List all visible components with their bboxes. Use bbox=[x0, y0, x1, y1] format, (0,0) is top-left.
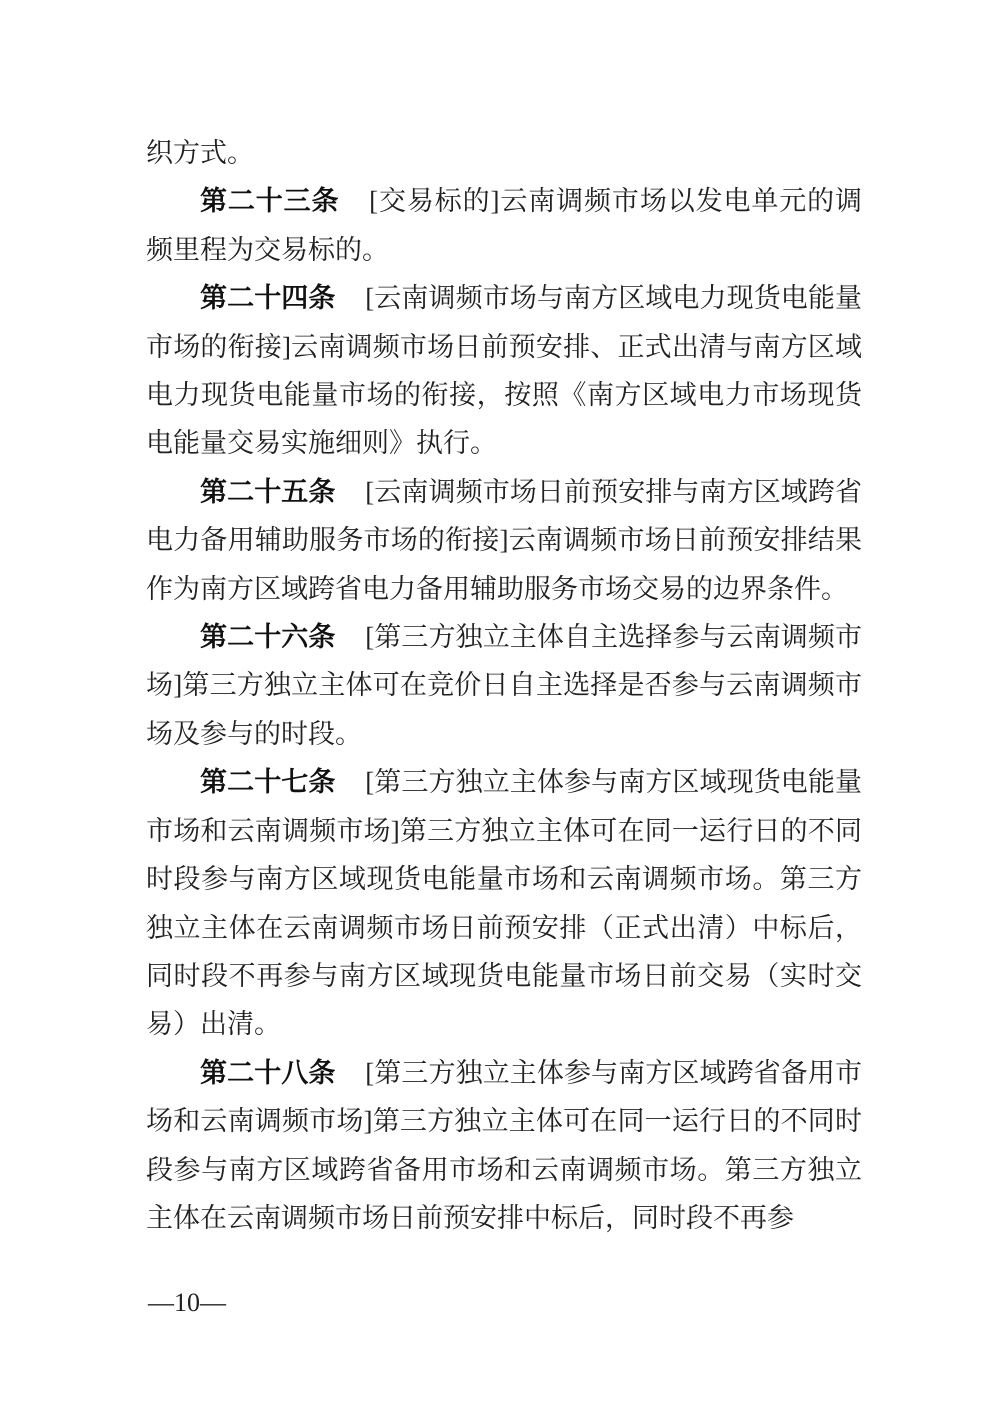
article-number: 第二十六条 bbox=[200, 622, 336, 652]
page-number: —10— bbox=[148, 1288, 226, 1318]
article-paragraph: 第二十六条[第三方独立主体自主选择参与云南调频市场]第三方独立主体可在竞价日自主… bbox=[146, 613, 862, 758]
article-number: 第二十三条 bbox=[200, 186, 339, 216]
article-paragraph: 第二十八条[第三方独立主体参与南方区域跨省备用市场和云南调频市场]第三方独立主体… bbox=[146, 1049, 862, 1243]
page-content: 织方式。 第二十三条[交易标的]云南调频市场以发电单元的调频里程为交易标的。 第… bbox=[146, 129, 862, 1242]
article-body-text: 第三方独立主体可在同一运行日的不同时段参与南方区域现货电能量市场和云南调频市场。… bbox=[146, 816, 862, 1040]
article-number: 第二十五条 bbox=[200, 477, 336, 507]
article-number: 第二十四条 bbox=[200, 283, 336, 313]
document-page: 织方式。 第二十三条[交易标的]云南调频市场以发电单元的调频里程为交易标的。 第… bbox=[0, 0, 1000, 1414]
article-paragraph: 第二十三条[交易标的]云南调频市场以发电单元的调频里程为交易标的。 bbox=[146, 177, 862, 274]
article-title-bracket: [交易标的] bbox=[369, 186, 499, 216]
continuation-text: 织方式。 bbox=[146, 129, 862, 177]
article-number: 第二十八条 bbox=[200, 1058, 336, 1088]
article-paragraph: 第二十七条[第三方独立主体参与南方区域现货电能量市场和云南调频市场]第三方独立主… bbox=[146, 758, 862, 1048]
article-paragraph: 第二十五条[云南调频市场日前预安排与南方区域跨省电力备用辅助服务市场的衔接]云南… bbox=[146, 468, 862, 613]
article-body-text: 第三方独立主体可在竞价日自主选择是否参与云南调频市场及参与的时段。 bbox=[146, 670, 862, 748]
article-number: 第二十七条 bbox=[200, 767, 336, 797]
article-paragraph: 第二十四条[云南调频市场与南方区域电力现货电能量市场的衔接]云南调频市场日前预安… bbox=[146, 274, 862, 468]
